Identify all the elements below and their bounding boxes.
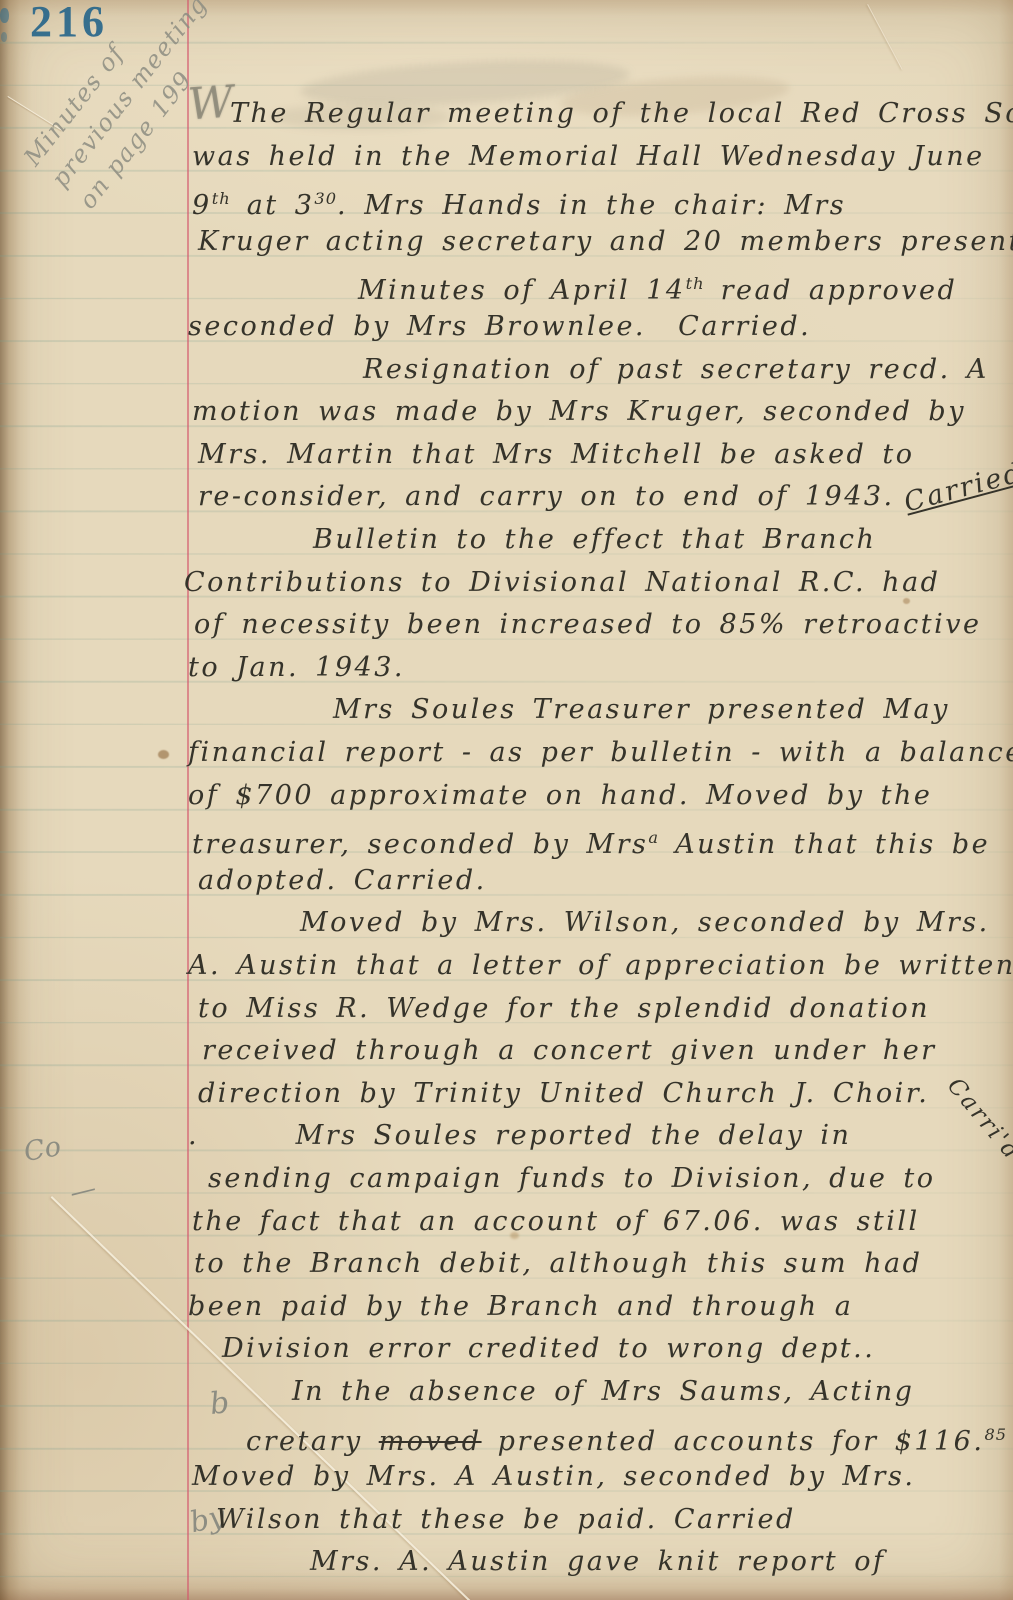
manuscript-line: Bulletin to the effect that Branch [313,518,876,561]
manuscript-segment: was held in the Memorial Hall Wednesday … [192,141,985,172]
manuscript-segment: Resignation of past secretary recd. A [363,354,989,385]
manuscript-segment: Minutes of April 14 [358,275,686,306]
manuscript-segment: Mrs Soules Treasurer presented May [333,694,950,725]
manuscript-segment: Moved by Mrs. A Austin, seconded by Mrs. [192,1461,915,1492]
partial-stamp-mark [0,8,9,23]
manuscript-line: sending campaign funds to Division, due … [208,1157,935,1200]
manuscript-segment: motion was made by Mrs Kruger, seconded … [192,396,966,427]
manuscript-line: Moved by Mrs. A Austin, seconded by Mrs. [192,1455,915,1498]
manuscript-line: A. Austin that a letter of appreciation … [188,944,1013,987]
manuscript-line: Minutes of April 14th read approved [358,262,957,305]
manuscript-segment: of $700 approximate on hand. Moved by th… [188,780,932,811]
pencil-note-co: Co [22,1131,64,1168]
manuscript: The Regular meeting of the local Red Cro… [188,92,1010,1600]
manuscript-segment: financial report - as per bulletin - wit… [188,737,1013,768]
manuscript-segment: Wilson that these be paid. Carried [216,1504,796,1535]
manuscript-segment: Mrs. A. Austin gave knit report of [310,1546,885,1577]
manuscript-segment-sup: a [648,828,659,847]
manuscript-segment: to the Branch debit, although this sum h… [194,1248,922,1279]
partial-stamp-mark [1,32,7,42]
manuscript-line: direction by Trinity United Church J. Ch… [198,1072,929,1115]
manuscript-line: Contributions to Divisional National R.C… [184,561,940,604]
ledger-page: 216 Minutes ofprevious meetingon page 19… [0,0,1013,1600]
manuscript-segment: Division error credited to wrong dept.. [222,1333,875,1364]
manuscript-line: adopted. Carried. [198,859,487,902]
manuscript-line: Resignation of past secretary recd. A [363,348,989,391]
manuscript-segment: Kruger acting secretary and 20 members p… [198,226,1013,257]
manuscript-segment: adopted. Carried. [198,865,487,896]
manuscript-line: Mrs Soules Treasurer presented May [333,688,950,731]
manuscript-line: to the Branch debit, although this sum h… [194,1242,922,1285]
manuscript-line: seconded by Mrs Brownlee. Carried. [188,305,811,348]
manuscript-segment: A. Austin that a letter of appreciation … [188,950,1013,981]
manuscript-segment: sending campaign funds to Division, due … [208,1163,935,1194]
manuscript-segment: received through a concert given under h… [202,1035,937,1066]
manuscript-segment: . Mrs Soules reported the delay in [188,1120,851,1151]
manuscript-segment-sup: th [212,189,231,208]
manuscript-segment: The Regular meeting of the local Red Cro… [230,98,1013,129]
manuscript-segment: direction by Trinity United Church J. Ch… [198,1078,929,1109]
manuscript-segment: cretary [246,1426,379,1457]
manuscript-line: of $700 approximate on hand. Moved by th… [188,774,932,817]
manuscript-line: motion was made by Mrs Kruger, seconded … [192,390,966,433]
manuscript-line: was held in the Memorial Hall Wednesday … [192,135,985,178]
manuscript-line: Wilson that these be paid. Carried [216,1498,796,1541]
manuscript-line: In the absence of Mrs Saums, Acting [292,1370,914,1413]
manuscript-line: The Regular meeting of the local Red Cro… [230,92,1013,135]
manuscript-line: to Jan. 1943. [188,646,405,689]
manuscript-segment: treasurer, seconded by Mrs [192,829,648,860]
manuscript-segment: . Mrs Hands in the chair: Mrs [337,190,846,221]
manuscript-segment: In the absence of Mrs Saums, Acting [292,1376,914,1407]
manuscript-line: the fact that an account of 67.06. was s… [192,1200,920,1243]
manuscript-segment: Bulletin to the effect that Branch [313,524,876,555]
manuscript-line: been paid by the Branch and through a [188,1285,853,1328]
manuscript-segment: presented accounts for $116. [482,1426,985,1457]
manuscript-line: to Miss R. Wedge for the splendid donati… [198,987,930,1030]
page-number-stamp: 216 [30,0,108,47]
manuscript-segment-carried-slant: Carried [899,452,1013,525]
manuscript-line: financial report - as per bulletin - wit… [188,731,1013,774]
ink-stain [158,750,169,759]
manuscript-line: re-consider, and carry on to end of 1943… [198,475,1013,518]
manuscript-line: 9th at 330. Mrs Hands in the chair: Mrs [192,177,846,220]
manuscript-segment: the fact that an account of 67.06. was s… [192,1206,920,1237]
manuscript-segment: 9 [192,190,212,221]
manuscript-line: Kruger acting secretary and 20 members p… [198,220,1013,263]
manuscript-line: Moved by Mrs. Wilson, seconded by Mrs. [300,901,990,944]
manuscript-segment: read approved [705,275,958,306]
manuscript-line: of necessity been increased to 85% retro… [194,603,982,646]
manuscript-line: cretary moved presented accounts for $11… [246,1413,1007,1456]
manuscript-line: Mrs. Martin that Mrs Mitchell be asked t… [198,433,915,476]
manuscript-line: treasurer, seconded by Mrsa Austin that … [192,816,990,859]
manuscript-segment-strike: moved [379,1426,482,1457]
manuscript-line: Mrs. A. Austin gave knit report of [310,1540,885,1583]
manuscript-segment: at 3 [231,190,315,221]
manuscript-segment-sup: 30 [314,189,337,208]
manuscript-segment: been paid by the Branch and through a [188,1291,853,1322]
manuscript-segment: to Jan. 1943. [188,652,405,683]
manuscript-segment: re-consider, and carry on to end of 1943… [198,481,895,512]
manuscript-segment: seconded by Mrs Brownlee. Carried. [188,311,811,342]
manuscript-segment: Contributions to Divisional National R.C… [184,567,940,598]
manuscript-segment: Austin that this be [659,829,990,860]
manuscript-segment: Mrs. Martin that Mrs Mitchell be asked t… [198,439,915,470]
manuscript-segment-sup: 85 [984,1425,1007,1444]
manuscript-segment: of necessity been increased to 85% retro… [194,609,982,640]
manuscript-line: Division error credited to wrong dept.. [222,1327,875,1370]
manuscript-segment: to Miss R. Wedge for the splendid donati… [198,993,930,1024]
manuscript-line: . Mrs Soules reported the delay in [188,1114,851,1157]
manuscript-segment-sup: th [686,274,705,293]
manuscript-segment: Moved by Mrs. Wilson, seconded by Mrs. [300,907,990,938]
manuscript-segment-carried-vert: Carri'd [935,1068,1013,1172]
manuscript-line: received through a concert given under h… [202,1029,937,1072]
